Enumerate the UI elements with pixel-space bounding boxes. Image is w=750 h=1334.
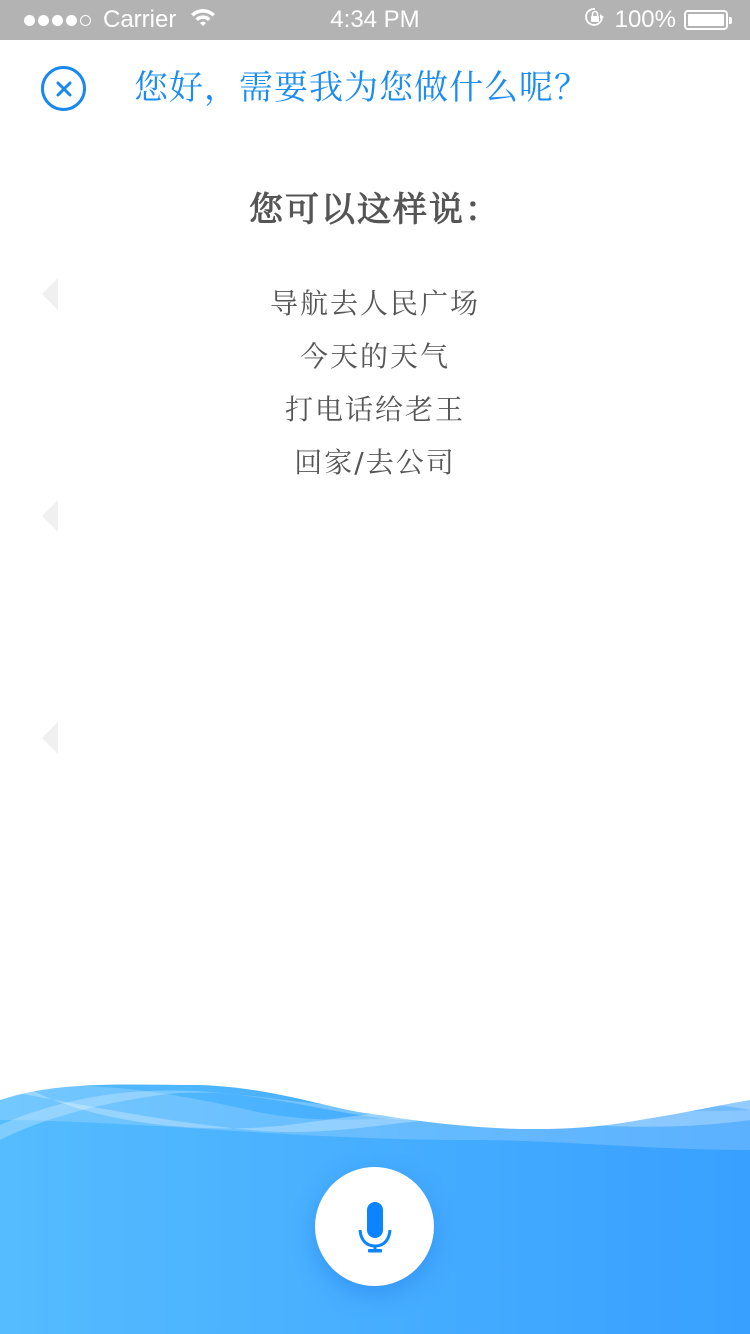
suggestion-item[interactable]: 回家/去公司 bbox=[0, 441, 750, 494]
close-icon bbox=[55, 80, 73, 98]
microphone-button[interactable] bbox=[315, 1167, 434, 1286]
orientation-lock-icon bbox=[583, 5, 607, 36]
greeting-text: 您好，需要我为您做什么呢？ bbox=[134, 66, 589, 111]
triangle-left-icon bbox=[42, 500, 58, 532]
triangle-left-icon bbox=[42, 278, 58, 310]
suggestion-item[interactable]: 今天的天气 bbox=[0, 335, 750, 388]
status-bar: Carrier 4:34 PM 100% bbox=[0, 0, 750, 40]
suggestion-list: 导航去人民广场 今天的天气 打电话给老王 回家/去公司 bbox=[0, 282, 750, 494]
battery-percent: 100% bbox=[615, 6, 676, 34]
microphone-icon bbox=[355, 1200, 395, 1254]
hint-title: 您可以这样说： bbox=[0, 182, 750, 231]
battery-icon bbox=[684, 10, 728, 30]
header: 您好，需要我为您做什么呢？ bbox=[0, 40, 750, 136]
suggestion-item[interactable]: 导航去人民广场 bbox=[0, 282, 750, 335]
suggestion-item[interactable]: 打电话给老王 bbox=[0, 388, 750, 441]
status-right: 100% bbox=[583, 0, 728, 40]
close-button[interactable] bbox=[41, 66, 86, 111]
battery-fill bbox=[688, 14, 724, 26]
triangle-left-icon bbox=[42, 722, 58, 754]
